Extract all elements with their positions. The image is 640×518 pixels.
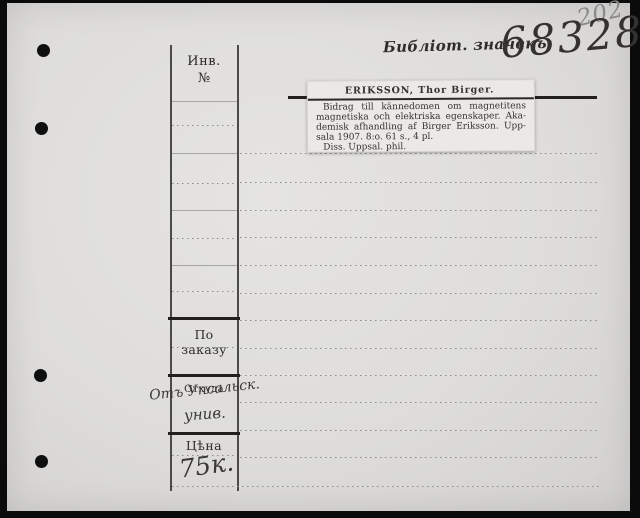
ruled-line xyxy=(240,153,597,154)
card-paper xyxy=(7,3,630,511)
ruled-line xyxy=(240,237,597,238)
ruled-line xyxy=(172,238,237,239)
catalog-card-scan: 202 Библіот. значекъ: 68328. Инв. № По з… xyxy=(0,0,640,518)
ruled-line xyxy=(172,265,237,266)
ruled-line xyxy=(240,402,597,403)
ruled-line xyxy=(240,210,597,211)
ruled-line xyxy=(172,183,237,184)
order-label: По заказу xyxy=(170,327,238,357)
punch-hole xyxy=(34,369,47,382)
section-separator xyxy=(168,432,240,435)
book-description: Bidrag till kännedomen om magnetitens ma… xyxy=(308,99,534,153)
ruled-line xyxy=(172,101,237,102)
ruled-line xyxy=(172,210,237,211)
ruled-line xyxy=(240,320,597,321)
ruled-line xyxy=(172,486,600,487)
pasted-book-label: ERIKSSON, Thor Birger. Bidrag till känne… xyxy=(307,79,535,153)
punch-hole xyxy=(37,44,50,57)
ruled-line xyxy=(240,457,597,458)
section-separator xyxy=(168,374,240,377)
section-separator xyxy=(168,317,240,320)
ruled-line xyxy=(240,182,597,183)
ruled-line xyxy=(172,291,237,292)
inventory-number-sign: № xyxy=(170,71,238,86)
book-author-heading: ERIKSSON, Thor Birger. xyxy=(308,80,534,97)
ruled-line xyxy=(172,125,237,126)
ruled-line xyxy=(172,153,237,154)
origin-value-handwritten: унив. xyxy=(183,404,226,425)
ruled-line xyxy=(240,430,597,431)
punch-hole xyxy=(35,122,48,135)
ruled-line xyxy=(240,348,597,349)
column-right-line xyxy=(237,45,239,491)
ruled-line xyxy=(240,293,597,294)
inventory-label: Инв. xyxy=(170,54,238,69)
ruled-line xyxy=(240,375,597,376)
column-left-line xyxy=(170,45,172,491)
punch-hole xyxy=(35,455,48,468)
book-dissertation-note: Diss. Uppsal. phil. xyxy=(316,141,526,152)
ruled-line xyxy=(240,265,597,266)
